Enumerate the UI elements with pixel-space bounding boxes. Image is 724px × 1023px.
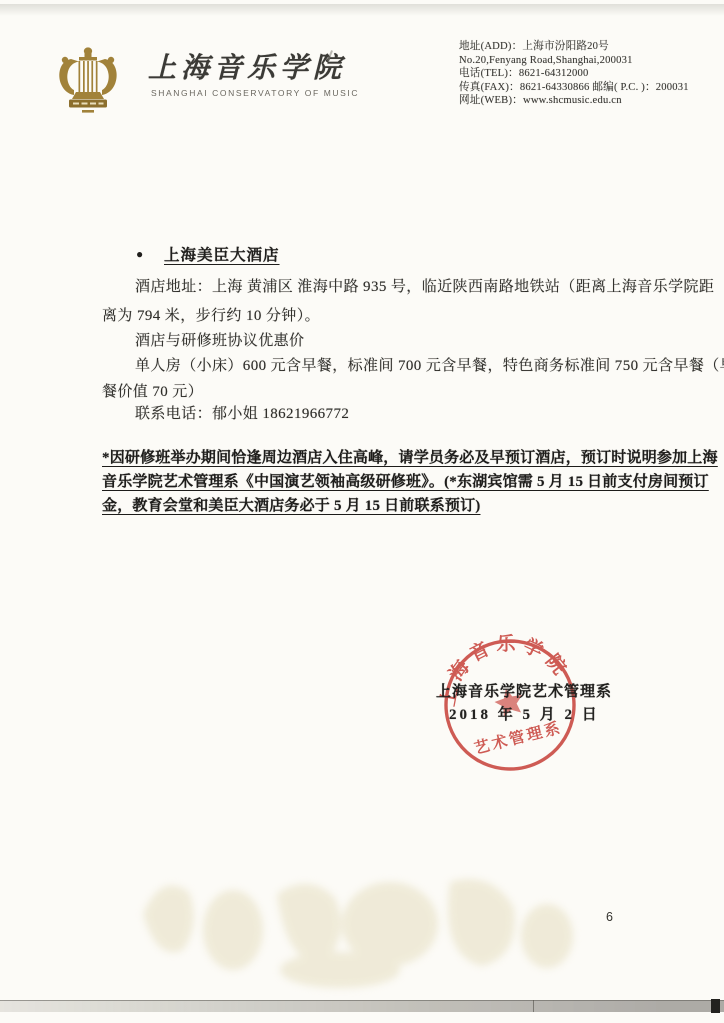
signature-department: 上海音乐学院艺术管理系 [436, 680, 612, 701]
contact-address-en: No.20,Fenyang Road,Shanghai,200031 [459, 54, 715, 68]
contact-tel: 电话(TEL)：8621-64312000 [459, 67, 715, 81]
booking-note-line-2: 音乐学院艺术管理系《中国演艺领袖高级研修班》。(*东湖宾馆需 5 月 15 日前… [102, 470, 709, 491]
contact-address-cn: 地址(ADD)：上海市汾阳路20号 [459, 40, 715, 54]
contact-web: 网址(WEB)：www.shcmusic.edu.cn [459, 94, 715, 108]
hotel-name-heading: 上海美臣大酒店 [164, 243, 280, 265]
booking-note-line-3: 金，教育会堂和美臣大酒店务必于 5 月 15 日前联系预订) [102, 494, 481, 515]
conservatory-name-chinese: 上海音乐学院 [148, 46, 346, 86]
letterhead-contact-block: 地址(ADD)：上海市汾阳路20号 No.20,Fenyang Road,Sha… [459, 40, 715, 108]
hotel-price-line-1: 单人房（小床）600 元含早餐，标准间 700 元含早餐，特色商务标准间 750… [135, 354, 724, 375]
contact-fax-postcode: 传真(FAX)：8621-64330866 邮编( P.C. )：200031 [459, 81, 715, 95]
scan-edge-bottom [0, 1000, 724, 1012]
scan-edge-top [0, 4, 724, 16]
conservatory-name-english: SHANGHAI CONSERVATORY OF MUSIC [151, 88, 359, 98]
hotel-price-line-2: 餐价值 70 元） [102, 380, 203, 401]
page-number: 6 [606, 910, 613, 924]
conservatory-lyre-logo-icon [40, 46, 136, 116]
booking-note-line-1: *因研修班举办期间恰逢周边酒店入住高峰，请学员务必及早预订酒店，预订时说明参加上… [102, 446, 718, 467]
hotel-address-line-2: 离为 794 米，步行约 10 分钟）。 [102, 304, 320, 325]
scan-edge-seam [533, 1000, 534, 1012]
bullet-icon: ● [136, 247, 143, 262]
scan-edge-black-tick [711, 999, 720, 1013]
signature-date: 2018 年 5 月 2 日 [449, 703, 600, 724]
hotel-deal-heading: 酒店与研修班协议优惠价 [135, 329, 304, 350]
scanned-document-page: 上海音乐学院 SHANGHAI CONSERVATORY OF MUSIC 地址… [0, 0, 724, 1023]
hotel-address-line-1: 酒店地址：上海 黄浦区 淮海中路 935 号，临近陕西南路地铁站（距离上海音乐学… [135, 275, 714, 296]
ink-bleed-through-watermark [135, 852, 580, 992]
hotel-contact-phone-line: 联系电话：郁小姐 18621966772 [135, 402, 349, 423]
